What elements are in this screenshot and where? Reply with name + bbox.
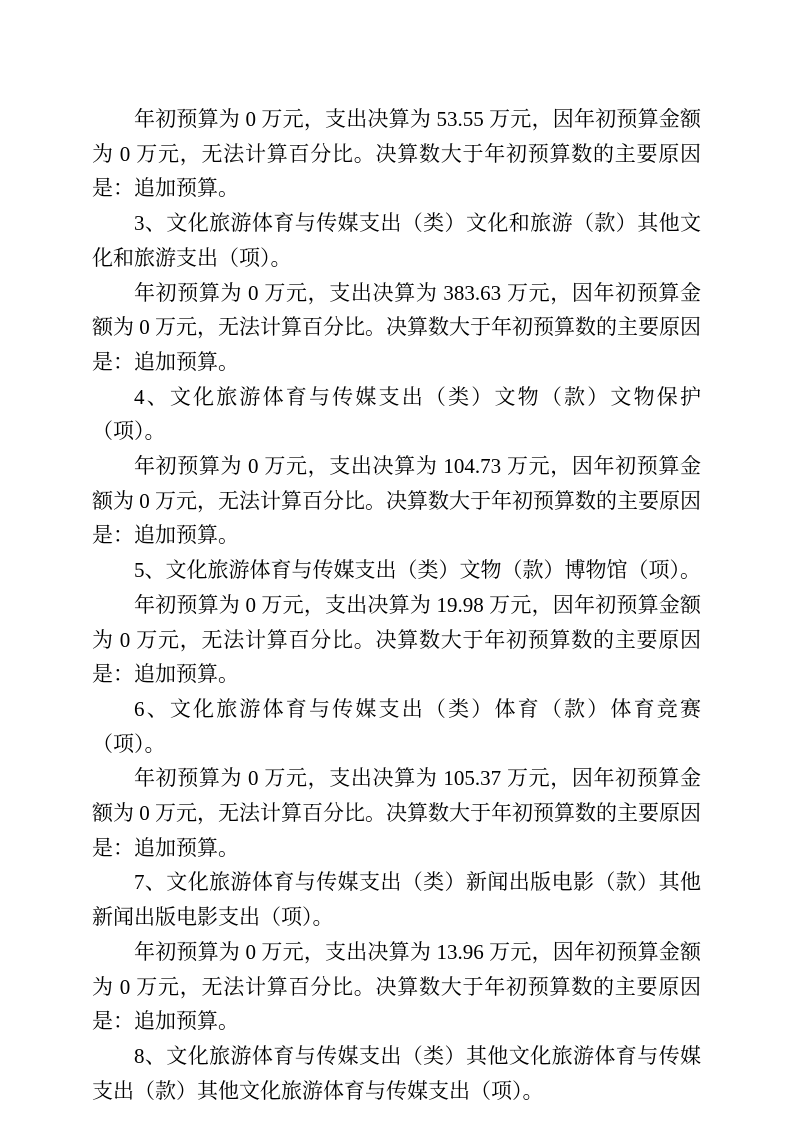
paragraph-item-4-heading: 4、文化旅游体育与传媒支出（类）文物（款）文物保护（项）。 [92,380,701,449]
document-body: 年初预算为 0 万元，支出决算为 53.55 万元，因年初预算金额为 0 万元，… [92,102,701,1108]
paragraph-item-3-heading: 3、文化旅游体育与传媒支出（类）文化和旅游（款）其他文化和旅游支出（项）。 [92,206,701,275]
paragraph-budget-detail-3: 年初预算为 0 万元，支出决算为 383.63 万元，因年初预算金额为 0 万元… [92,276,701,380]
paragraph-budget-detail-2: 年初预算为 0 万元，支出决算为 53.55 万元，因年初预算金额为 0 万元，… [92,102,701,206]
paragraph-budget-detail-4: 年初预算为 0 万元，支出决算为 104.73 万元，因年初预算金额为 0 万元… [92,449,701,553]
paragraph-item-7-heading: 7、文化旅游体育与传媒支出（类）新闻出版电影（款）其他新闻出版电影支出（项）。 [92,865,701,934]
paragraph-budget-detail-7: 年初预算为 0 万元，支出决算为 13.96 万元，因年初预算金额为 0 万元，… [92,935,701,1039]
paragraph-item-8-heading: 8、文化旅游体育与传媒支出（类）其他文化旅游体育与传媒支出（款）其他文化旅游体育… [92,1039,701,1108]
paragraph-item-5-heading: 5、文化旅游体育与传媒支出（类）文物（款）博物馆（项）。 [92,553,701,588]
paragraph-budget-detail-5: 年初预算为 0 万元，支出决算为 19.98 万元，因年初预算金额为 0 万元，… [92,588,701,692]
paragraph-item-6-heading: 6、文化旅游体育与传媒支出（类）体育（款）体育竞赛（项）。 [92,692,701,761]
paragraph-budget-detail-6: 年初预算为 0 万元，支出决算为 105.37 万元，因年初预算金额为 0 万元… [92,761,701,865]
document-page: 年初预算为 0 万元，支出决算为 53.55 万元，因年初预算金额为 0 万元，… [0,0,793,1122]
